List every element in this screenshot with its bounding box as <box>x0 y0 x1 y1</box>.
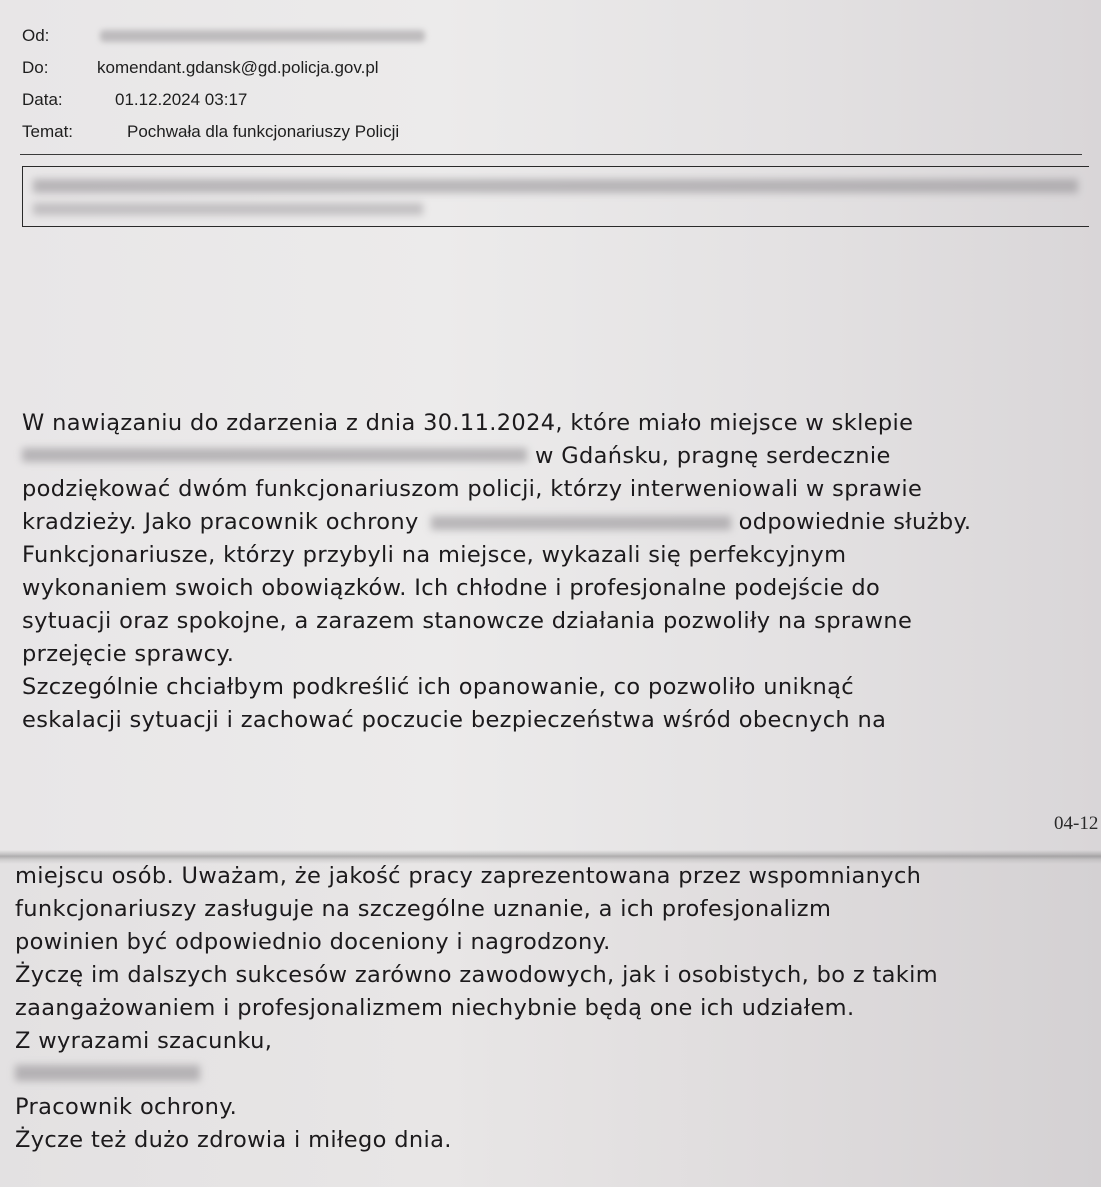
warning-text-redacted <box>33 175 1073 219</box>
redacted-warning-line-2 <box>33 203 423 215</box>
body-line: sytuacji oraz spokojne, a zarazem stanow… <box>22 605 971 638</box>
postscript-line: Życze też dużo zdrowia i miłego dnia. <box>15 1124 938 1157</box>
from-value-redacted <box>100 26 425 47</box>
external-sender-warning-box <box>22 166 1089 227</box>
body-line: kradzieży. Jako pracownik ochronyodpowie… <box>22 506 971 539</box>
body-line: w Gdańsku, pragnę serdecznie <box>22 440 971 473</box>
body-line: wykonaniem swoich obowiązków. Ich chłodn… <box>22 572 971 605</box>
body-line: funkcjonariuszy zasługuje na szczególne … <box>15 893 938 926</box>
body-line: podziękować dwóm funkcjonariuszom policj… <box>22 473 971 506</box>
closing-line: Z wyrazami szacunku, <box>15 1025 938 1058</box>
body-line: zaangażowaniem i profesjonalizmem niechy… <box>15 992 938 1025</box>
body-line: W nawiązaniu do zdarzenia z dnia 30.11.2… <box>22 407 971 440</box>
redacted-text <box>431 516 731 530</box>
date-value: 01.12.2024 03:17 <box>115 90 247 110</box>
email-body-part-1: W nawiązaniu do zdarzenia z dnia 30.11.2… <box>22 407 971 737</box>
redacted-warning-line-1 <box>33 179 1078 193</box>
header-divider <box>20 154 1082 155</box>
body-line: miejscu osób. Uważam, że jakość pracy za… <box>15 860 938 893</box>
redacted-signature-name <box>15 1065 200 1081</box>
to-value: komendant.gdansk@gd.policja.gov.pl <box>97 58 379 78</box>
email-body-part-2: miejscu osób. Uważam, że jakość pracy za… <box>15 860 938 1157</box>
body-line: powinien być odpowiednio doceniony i nag… <box>15 926 938 959</box>
from-label: Od: <box>22 26 49 46</box>
redacted-store-location <box>22 448 527 462</box>
body-line: Funkcjonariusze, którzy przybyli na miej… <box>22 539 971 572</box>
body-line: przejęcie sprawcy. <box>22 638 971 671</box>
date-label: Data: <box>22 90 63 110</box>
body-line-text: w Gdańsku, pragnę serdecznie <box>535 443 891 469</box>
body-line: Szczególnie chciałbym podkreślić ich opa… <box>22 671 971 704</box>
subject-label: Temat: <box>22 122 73 142</box>
signature-line <box>15 1058 938 1091</box>
to-label: Do: <box>22 58 48 78</box>
body-line-text: kradzieży. Jako pracownik ochrony <box>22 509 419 535</box>
body-line: eskalacji sytuacji i zachować poczucie b… <box>22 704 971 737</box>
body-line: Życzę im dalszych sukcesów zarówno zawod… <box>15 959 938 992</box>
signature-role: Pracownik ochrony. <box>15 1091 938 1124</box>
redacted-sender <box>100 30 425 42</box>
subject-value: Pochwała dla funkcjonariuszy Policji <box>127 122 399 142</box>
body-line-text: odpowiednie służby. <box>739 509 972 535</box>
page-stamp: 04-12 <box>1054 813 1098 835</box>
